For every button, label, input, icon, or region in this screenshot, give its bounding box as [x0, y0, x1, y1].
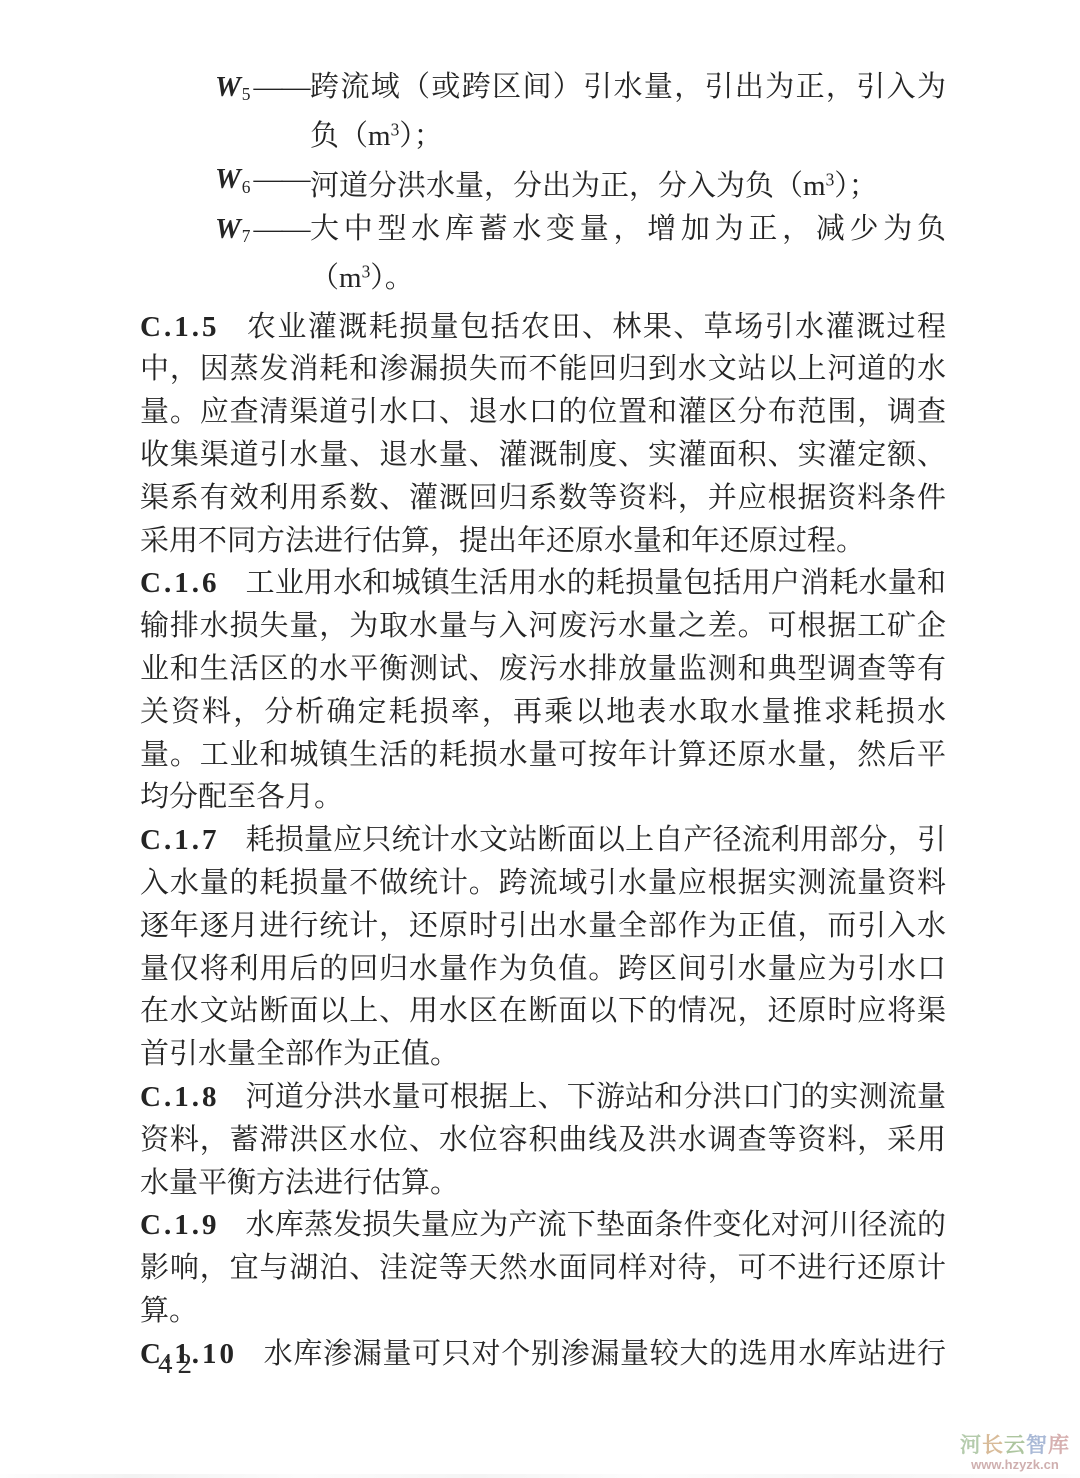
- page-number: 42: [158, 1348, 197, 1381]
- section-c-1-5: C.1.5农业灌溉耗损量包括农田、林果、草场引水灌溉过程中，因蒸发消耗和渗漏损失…: [140, 306, 946, 563]
- watermark-char: 长: [982, 1434, 1004, 1457]
- symbol-w6: W6——: [215, 158, 310, 208]
- watermark-char: 河: [960, 1434, 982, 1457]
- section-text: 水库蒸发损失量应为产流下垫面条件变化对河川径流的影响，宜与湖泊、洼淀等天然水面同…: [140, 1209, 946, 1327]
- definition-dash: ——: [254, 163, 310, 195]
- section-number: C.1.9: [140, 1209, 219, 1241]
- document-page: W5—— 跨流域（或跨区间）引水量，引出为正，引入为负（m3）； W6—— 河道…: [0, 0, 1080, 1478]
- section-c-1-6: C.1.6工业用水和城镇生活用水的耗损量包括用户消耗水量和输排水损失量，为取水量…: [140, 562, 946, 819]
- section-text: 水库渗漏量可只对个别渗漏量较大的选用水库站进行: [263, 1338, 946, 1370]
- watermark: 河长云智库 www.hzyzk.cn: [960, 1434, 1070, 1472]
- watermark-url: www.hzyzk.cn: [960, 1458, 1070, 1472]
- watermark-char: 库: [1048, 1434, 1070, 1457]
- section-number: C.1.7: [140, 824, 219, 856]
- symbol-subscript: 7: [242, 226, 251, 246]
- cubic-meter-exponent: 3: [826, 169, 835, 189]
- symbol-w5: W5——: [215, 66, 310, 116]
- section-number: C.1.8: [140, 1081, 219, 1113]
- definition-text: 跨流域（或跨区间）引水量，引出为正，引入为负（m3）；: [310, 71, 946, 152]
- watermark-title: 河长云智库: [960, 1434, 1070, 1457]
- symbol-definition-w7: W7—— 大中型水库蓄水变量，增加为正，减少为负（m3）。: [140, 208, 946, 300]
- cubic-meter-exponent: 3: [362, 261, 371, 281]
- section-c-1-9: C.1.9水库蒸发损失量应为产流下垫面条件变化对河川径流的影响，宜与湖泊、洼淀等…: [140, 1204, 946, 1332]
- symbol-definition-w6: W6—— 河道分洪水量，分出为正，分入为负（m3）；: [140, 158, 946, 207]
- symbol-subscript: 5: [242, 84, 251, 104]
- section-text: 耗损量应只统计水文站断面以上自产径流利用部分，引入水量的耗损量不做统计。跨流域引…: [140, 824, 946, 1070]
- section-c-1-10: C.1.10水库渗漏量可只对个别渗漏量较大的选用水库站进行: [140, 1333, 946, 1376]
- symbol-w7: W7——: [215, 208, 310, 258]
- scan-edge: [0, 1474, 1080, 1478]
- definition-text: 大中型水库蓄水变量，增加为正，减少为负（m3）。: [310, 213, 946, 294]
- symbol-subscript: 6: [242, 177, 251, 197]
- section-number: C.1.6: [140, 567, 219, 599]
- definition-dash: ——: [254, 71, 310, 103]
- definition-text: 河道分洪水量，分出为正，分入为负（m3）；: [310, 170, 878, 202]
- symbol-definition-w5: W5—— 跨流域（或跨区间）引水量，引出为正，引入为负（m3）；: [140, 66, 946, 158]
- section-text: 工业用水和城镇生活用水的耗损量包括用户消耗水量和输排水损失量，为取水量与入河废污…: [140, 567, 946, 813]
- watermark-char: 云: [1004, 1434, 1026, 1457]
- section-text: 农业灌溉耗损量包括农田、林果、草场引水灌溉过程中，因蒸发消耗和渗漏损失而不能回归…: [140, 311, 946, 557]
- section-c-1-7: C.1.7耗损量应只统计水文站断面以上自产径流利用部分，引入水量的耗损量不做统计…: [140, 819, 946, 1076]
- cubic-meter-exponent: 3: [391, 120, 400, 140]
- section-text: 河道分洪水量可根据上、下游站和分洪口门的实测流量资料，蓄滞洪区水位、水位容积曲线…: [140, 1081, 946, 1199]
- symbol-definitions: W5—— 跨流域（或跨区间）引水量，引出为正，引入为负（m3）； W6—— 河道…: [140, 66, 946, 300]
- clause-sections: C.1.5农业灌溉耗损量包括农田、林果、草场引水灌溉过程中，因蒸发消耗和渗漏损失…: [140, 306, 946, 1376]
- watermark-char: 智: [1026, 1434, 1048, 1457]
- definition-dash: ——: [254, 213, 310, 245]
- section-number: C.1.5: [140, 311, 219, 343]
- page-content: W5—— 跨流域（或跨区间）引水量，引出为正，引入为负（m3）； W6—— 河道…: [140, 66, 946, 1376]
- section-c-1-8: C.1.8河道分洪水量可根据上、下游站和分洪口门的实测流量资料，蓄滞洪区水位、水…: [140, 1076, 946, 1204]
